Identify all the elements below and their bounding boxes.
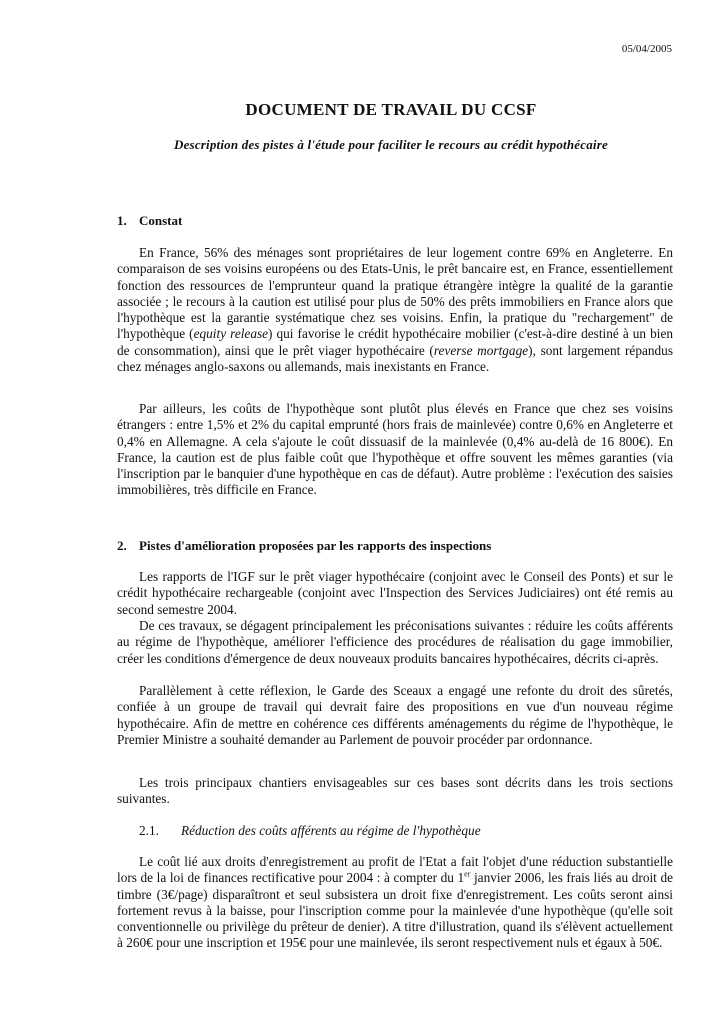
paragraph: En France, 56% des ménages sont propriét…	[117, 245, 673, 375]
section-title: Constat	[139, 213, 182, 228]
document-subtitle: Description des pistes à l'étude pour fa…	[0, 137, 724, 153]
document-date: 05/04/2005	[622, 43, 672, 55]
paragraph: Le coût lié aux droits d'enregistrement …	[117, 854, 673, 952]
section-title: Pistes d'amélioration proposées par les …	[139, 538, 491, 553]
section-heading-2: 2.Pistes d'amélioration proposées par le…	[117, 538, 491, 554]
paragraph: De ces travaux, se dégagent principaleme…	[117, 618, 673, 667]
section-number: 2.	[117, 538, 139, 554]
paragraph: Les trois principaux chantiers envisagea…	[117, 775, 673, 808]
section-heading-1: 1.Constat	[117, 213, 182, 229]
paragraph: Par ailleurs, les coûts de l'hypothèque …	[117, 401, 673, 499]
section-number: 1.	[117, 213, 139, 229]
subsection-heading-2-1: 2.1.Réduction des coûts afférents au rég…	[139, 823, 481, 839]
paragraph: Parallèlement à cette réflexion, le Gard…	[117, 683, 673, 748]
emphasis-text: equity release	[194, 326, 268, 341]
paragraph: Les rapports de l'IGF sur le prêt viager…	[117, 569, 673, 618]
document-title: DOCUMENT DE TRAVAIL DU CCSF	[0, 100, 724, 120]
subsection-title: Réduction des coûts afférents au régime …	[181, 823, 481, 838]
emphasis-text: reverse mortgage	[434, 343, 528, 358]
subsection-number: 2.1.	[139, 823, 181, 839]
